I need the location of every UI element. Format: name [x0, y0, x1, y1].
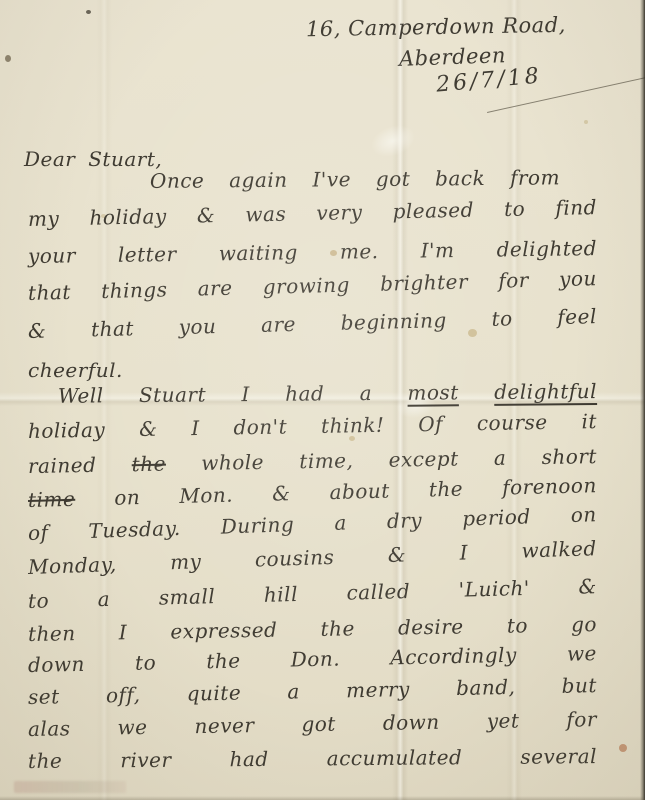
letter-line: Well Stuart I had a most delightful: [28, 376, 597, 411]
letter-paper: 16, Camperdown Road, Aberdeen 26/7/18 De…: [0, 0, 645, 800]
letter-line-text: whole time, except a short: [201, 444, 597, 475]
paper-stain: [5, 55, 11, 62]
paper-stain: [86, 10, 91, 14]
underlined-word: most: [407, 380, 459, 404]
photo-edge-right: [640, 0, 645, 800]
letter-line: the river had accumulated several: [28, 741, 597, 776]
photo-edge-bottom: [0, 796, 645, 800]
paper-stain: [584, 120, 588, 124]
address-line-2: Aberdeen: [399, 43, 507, 71]
letter-line: Once again I've got back from: [28, 162, 560, 197]
struck-word: the: [131, 452, 166, 477]
underlined-word: delightful: [494, 379, 597, 404]
struck-word: time: [28, 487, 76, 512]
letter-line-text: Well Stuart I had a: [58, 381, 372, 408]
address-line-1: 16, Camperdown Road,: [306, 13, 566, 42]
paper-stain: [619, 744, 627, 752]
letter-line-text: rained: [28, 453, 97, 478]
faint-archive-stamp: [14, 781, 126, 793]
